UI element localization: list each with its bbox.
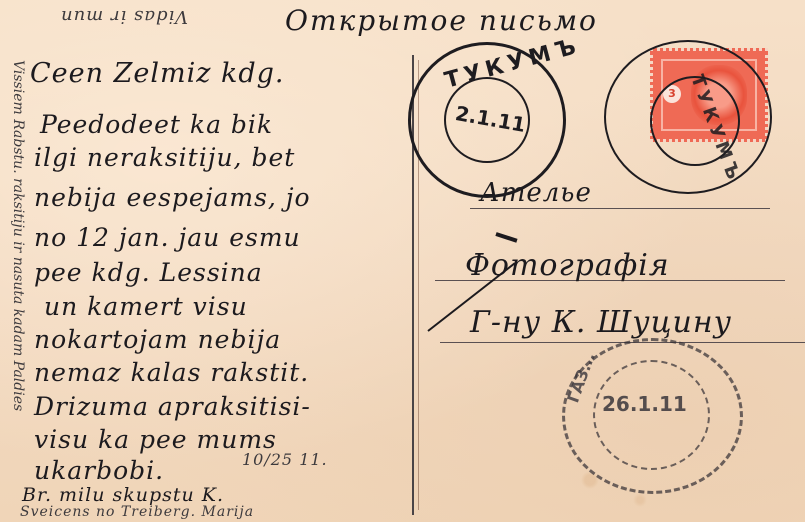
pen-stroke: [495, 232, 517, 243]
postmark-arrival-date: 26.1.11: [602, 392, 687, 416]
address-rule: [470, 208, 770, 209]
message-line: nokartojam nebija: [34, 325, 281, 354]
message-line: ilgi neraksitiju, bet: [34, 143, 295, 172]
message-line: un kamert visu: [44, 292, 248, 321]
postcard: Vidas ir mun Открытое письмо Vissiem Rab…: [0, 0, 805, 522]
upside-down-note: Vidas ir mun: [60, 6, 188, 27]
date-note: 10/25 11.: [242, 450, 328, 469]
message-line: visu ka pee mums: [34, 425, 277, 454]
postmark-cancel: ТУКУМЪ: [604, 40, 772, 194]
margin-vertical-text: Vissiem Rabstu. raksitiju ir nasuta kada…: [10, 60, 26, 411]
message-line: Peedodeet ka bik: [40, 110, 273, 139]
postmark-departure: ТУКУМЪ 2.1.11: [408, 42, 566, 198]
message-line: nebija eespejams, jo: [34, 183, 311, 212]
message-line: ukarbobi.: [34, 456, 164, 485]
message-line: pee kdg. Lessina: [34, 258, 263, 287]
message-line: Drizuma apraksitisi-: [34, 392, 311, 421]
message-line: Br. milu skupstu K.: [22, 484, 224, 506]
message-line: no 12 jan. jau esmu: [34, 223, 301, 252]
address-line: Г-ну К. Шуцину: [470, 305, 732, 340]
message-line: Sveicens no Treiberg. Marija: [20, 504, 254, 520]
printed-caption: Открытое письмо: [285, 4, 598, 37]
message-line: nemaz kalas rakstit.: [34, 358, 309, 387]
message-line: Ceen Zelmiz kdg.: [30, 58, 285, 89]
